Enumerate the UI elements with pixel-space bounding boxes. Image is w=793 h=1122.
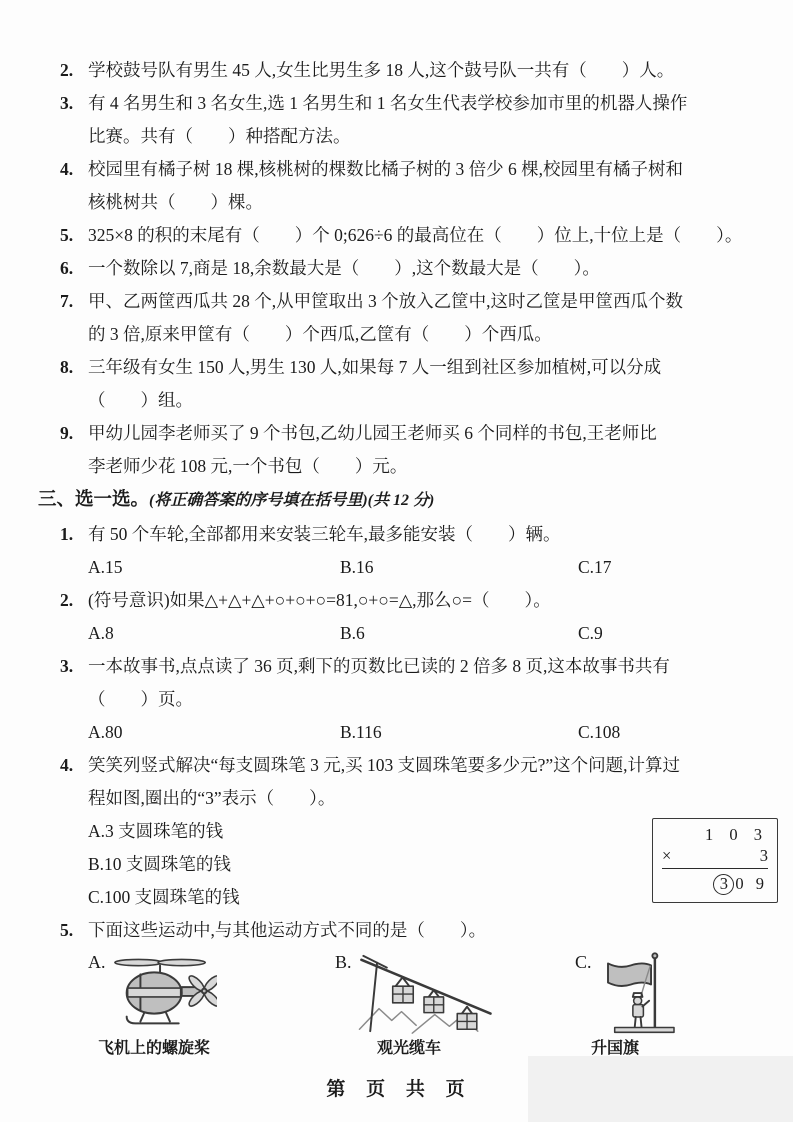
option-b: B.6 bbox=[340, 617, 578, 650]
question-text: 下面这些运动中,与其他运动方式不同的是（ ）。 bbox=[88, 914, 765, 947]
figure-caption: 观光缆车 bbox=[377, 1039, 575, 1059]
question-text: 比赛。共有（ ）种搭配方法。 bbox=[88, 120, 765, 153]
choice-question-3: 3. 一本故事书,点点读了 36 页,剩下的页数比已读的 2 倍多 8 页,这本… bbox=[60, 650, 765, 749]
question-number: 8. bbox=[60, 351, 88, 417]
question-text: 核桃树共（ ）棵。 bbox=[88, 186, 765, 219]
fill-in-question-2: 2. 学校鼓号队有男生 45 人,女生比男生多 18 人,这个鼓号队一共有（ ）… bbox=[60, 54, 765, 87]
question-number: 7. bbox=[60, 285, 88, 351]
question-text: 的 3 倍,原来甲筐有（ ）个西瓜,乙筐有（ ）个西瓜。 bbox=[88, 318, 765, 351]
question-text: （ ）页。 bbox=[88, 683, 765, 716]
option-a: A.80 bbox=[88, 716, 340, 749]
figure-caption: 飞机上的螺旋桨 bbox=[98, 1039, 335, 1059]
question-text: 三年级有女生 150 人,男生 130 人,如果每 7 人一组到社区参加植树,可… bbox=[88, 351, 765, 384]
question-number: 9. bbox=[60, 417, 88, 483]
question-text: 一本故事书,点点读了 36 页,剩下的页数比已读的 2 倍多 8 页,这本故事书… bbox=[88, 650, 765, 683]
question-text: 一个数除以 7,商是 18,余数最大是（ ）,这个数最大是（ ）。 bbox=[88, 252, 765, 285]
question-number: 3. bbox=[60, 87, 88, 153]
question-text: 甲、乙两筐西瓜共 28 个,从甲筐取出 3 个放入乙筐中,这时乙筐是甲筐西瓜个数 bbox=[88, 285, 765, 318]
question-text: 校园里有橘子树 18 棵,核桃树的棵数比橘子树的 3 倍少 6 棵,校园里有橘子… bbox=[88, 153, 765, 186]
question-text: 有 50 个车轮,全部都用来安装三轮车,最多能安装（ ）辆。 bbox=[88, 518, 765, 551]
question-text: 笑笑列竖式解决“每支圆珠笔 3 元,买 103 支圆珠笔要多少元?”这个问题,计… bbox=[88, 749, 765, 782]
product-row: 30 9 bbox=[662, 873, 768, 895]
fill-in-question-4: 4. 校园里有橘子树 18 棵,核桃树的棵数比橘子树的 3 倍少 6 棵,校园里… bbox=[60, 153, 765, 219]
product-rest: 0 9 bbox=[735, 874, 768, 893]
figure-choices-row: A. bbox=[88, 951, 765, 1059]
question-number: 1. bbox=[60, 518, 88, 584]
option-b: B.116 bbox=[340, 716, 578, 749]
question-text: 甲幼儿园李老师买了 9 个书包,乙幼儿园王老师买 6 个同样的书包,王老师比 bbox=[88, 417, 765, 450]
exam-paper-page: 2. 学校鼓号队有男生 45 人,女生比男生多 18 人,这个鼓号队一共有（ ）… bbox=[0, 0, 793, 1122]
choice-question-5: 5. 下面这些运动中,与其他运动方式不同的是（ ）。 A. bbox=[60, 914, 765, 1059]
question-number: 2. bbox=[60, 584, 88, 650]
question-number: 3. bbox=[60, 650, 88, 749]
page-footer: 第 页 共 页 bbox=[0, 1074, 793, 1101]
choice-question-1: 1. 有 50 个车轮,全部都用来安装三轮车,最多能安装（ ）辆。 A.15 B… bbox=[60, 518, 765, 584]
fill-in-question-8: 8. 三年级有女生 150 人,男生 130 人,如果每 7 人一组到社区参加植… bbox=[60, 351, 765, 417]
fill-in-question-3: 3. 有 4 名男生和 3 名女生,选 1 名男生和 1 名女生代表学校参加市里… bbox=[60, 87, 765, 153]
fill-in-question-9: 9. 甲幼儿园李老师买了 9 个书包,乙幼儿园王老师买 6 个同样的书包,王老师… bbox=[60, 417, 765, 483]
figure-choice-b: B. bbox=[335, 951, 575, 1059]
fill-in-question-7: 7. 甲、乙两筐西瓜共 28 个,从甲筐取出 3 个放入乙筐中,这时乙筐是甲筐西… bbox=[60, 285, 765, 351]
figure-letter: C. bbox=[575, 951, 592, 973]
option-b: B.16 bbox=[340, 551, 578, 584]
option-c: C.17 bbox=[578, 551, 765, 584]
figure-letter: A. bbox=[88, 951, 106, 973]
question-text: 325×8 的积的末尾有（ ）个 0;626÷6 的最高位在（ ）位上,十位上是… bbox=[88, 219, 765, 252]
question-number: 5. bbox=[60, 219, 88, 252]
figure-caption: 升国旗 bbox=[591, 1039, 765, 1059]
section-heading: 三、选一选。(将正确答案的序号填在括号里)(共 12 分) bbox=[38, 483, 765, 518]
choice-question-2: 2. (符号意识)如果△+△+△+○+○+○=81,○+○=△,那么○=（ ）。… bbox=[60, 584, 765, 650]
options-row: A.80 B.116 C.108 bbox=[88, 716, 765, 749]
question-text: 学校鼓号队有男生 45 人,女生比男生多 18 人,这个鼓号队一共有（ ）人。 bbox=[88, 54, 765, 87]
multiplication-worked-example: 1 0 3 × 3 30 9 bbox=[652, 818, 778, 903]
helicopter-icon bbox=[109, 951, 217, 1033]
page-content: 2. 学校鼓号队有男生 45 人,女生比男生多 18 人,这个鼓号队一共有（ ）… bbox=[60, 54, 765, 1059]
fill-in-question-5: 5. 325×8 的积的末尾有（ ）个 0;626÷6 的最高位在（ ）位上,十… bbox=[60, 219, 765, 252]
section-heading-note: (将正确答案的序号填在括号里)(共 12 分) bbox=[149, 492, 434, 509]
question-text: （ ）组。 bbox=[88, 384, 765, 417]
question-text: 李老师少花 108 元,一个书包（ ）元。 bbox=[88, 450, 765, 483]
question-number: 5. bbox=[60, 914, 88, 1059]
figure-choice-a: A. bbox=[88, 951, 335, 1059]
multiplicand: 1 0 3 bbox=[662, 824, 768, 845]
question-number: 6. bbox=[60, 252, 88, 285]
option-a: A.15 bbox=[88, 551, 340, 584]
multiplier: 3 bbox=[760, 845, 768, 866]
options-row: A.15 B.16 C.17 bbox=[88, 551, 765, 584]
fill-in-question-6: 6. 一个数除以 7,商是 18,余数最大是（ ）,这个数最大是（ ）。 bbox=[60, 252, 765, 285]
flag-raising-icon bbox=[595, 951, 687, 1039]
multiply-sign: × bbox=[662, 845, 671, 866]
section-heading-title: 三、选一选。 bbox=[38, 490, 149, 510]
options-row: A.8 B.6 C.9 bbox=[88, 617, 765, 650]
figure-letter: B. bbox=[335, 951, 352, 973]
option-c: C.108 bbox=[578, 716, 765, 749]
question-text: (符号意识)如果△+△+△+○+○+○=81,○+○=△,那么○=（ ）。 bbox=[88, 584, 765, 617]
cable-car-icon bbox=[355, 951, 493, 1039]
question-text: 有 4 名男生和 3 名女生,选 1 名男生和 1 名女生代表学校参加市里的机器… bbox=[88, 87, 765, 120]
question-number: 4. bbox=[60, 153, 88, 219]
question-number: 4. bbox=[60, 749, 88, 914]
option-a: A.8 bbox=[88, 617, 340, 650]
option-c: C.9 bbox=[578, 617, 765, 650]
question-number: 2. bbox=[60, 54, 88, 87]
figure-choice-c: C. bbox=[575, 951, 765, 1059]
question-text: 程如图,圈出的“3”表示（ ）。 bbox=[88, 782, 765, 815]
circled-digit: 3 bbox=[713, 874, 734, 895]
